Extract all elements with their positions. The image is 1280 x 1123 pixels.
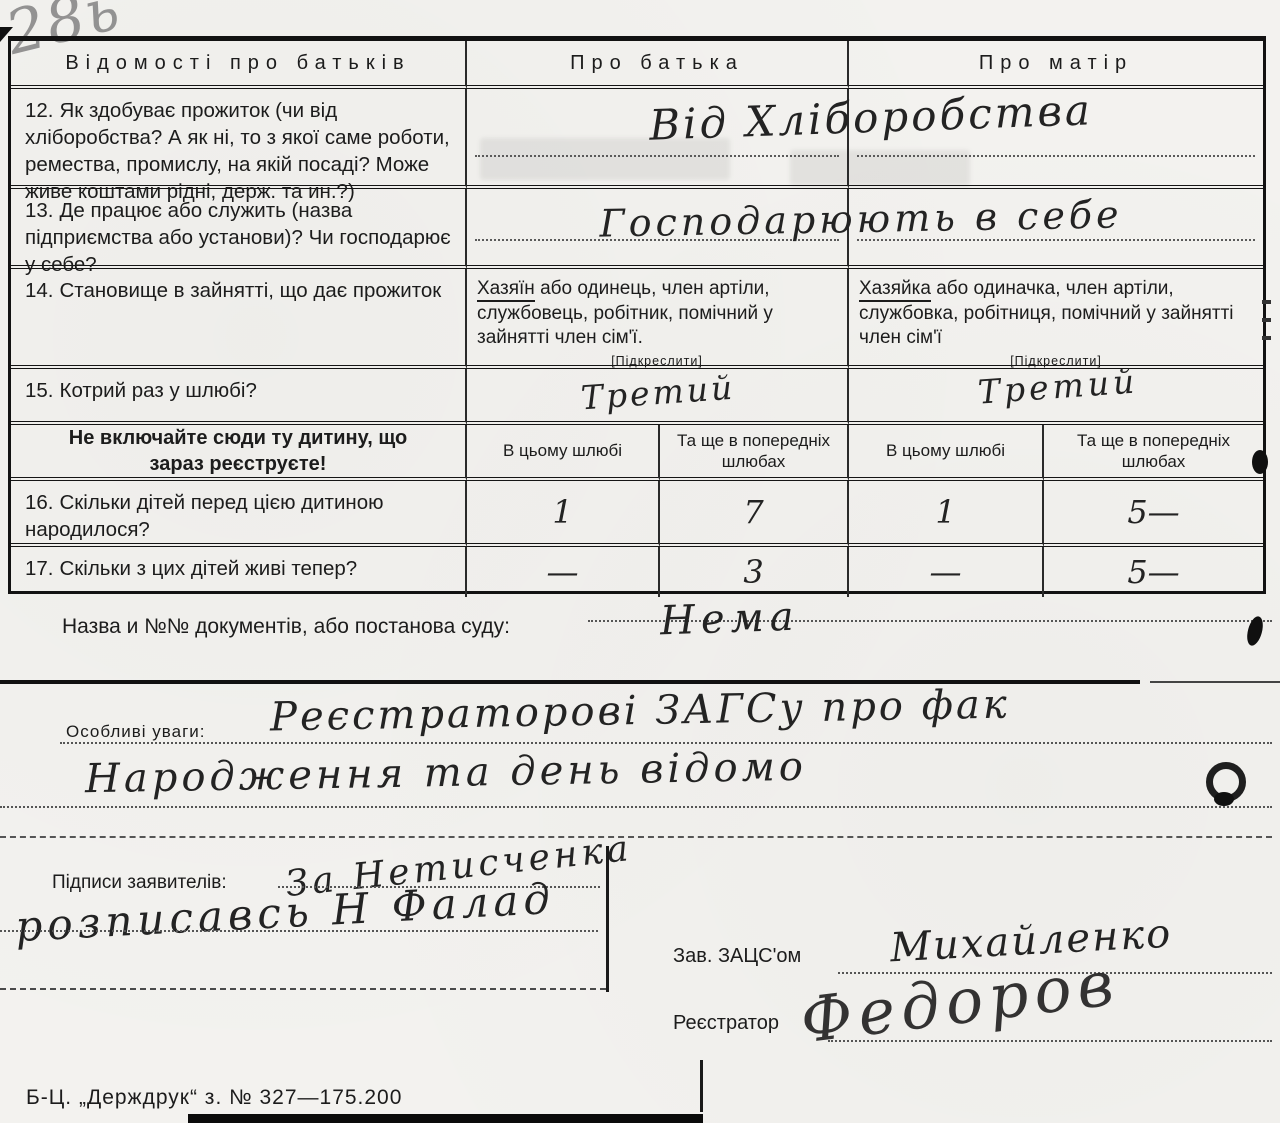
q14-mother-options: Хазяйка або одиначка, член артіли, служб…: [849, 269, 1263, 369]
documents-label: Назва и №№ документів, або постанова суд…: [62, 615, 510, 639]
q16-value-mother-prev: 5—: [1044, 481, 1263, 547]
question-17-text: Скільки з цих дітей живі тепер?: [60, 557, 358, 580]
header-mother: Про матір: [849, 41, 1263, 89]
ink-speck: [1214, 792, 1234, 806]
question-14-text: Становище в зайнятті, що дає прожиток: [60, 279, 442, 302]
question-13: 13.Де працює або служить (назва підприєм…: [11, 189, 467, 269]
section-divider-heavy-right: [1150, 681, 1280, 683]
question-17-number: 17.: [25, 555, 54, 582]
question-14: 14.Становище в зайнятті, що дає прожиток: [11, 269, 467, 369]
applicants-dotted-line2: [0, 930, 598, 932]
answer-dotted-line: [857, 239, 1255, 241]
question-12-text: Як здобуває прожиток (чи від хліборобств…: [25, 99, 450, 203]
applicants-bottom-dashed-line: [0, 988, 606, 990]
q12-father-cell: [467, 89, 849, 189]
zags-head-label: Зав. ЗАЦС'ом: [673, 945, 801, 968]
q14-father-note: [Підкреслити]: [477, 353, 837, 369]
edge-tick: [1262, 336, 1271, 340]
q17-value-mother-this: —: [849, 547, 1044, 597]
remarks-dotted-line1: [60, 742, 1272, 744]
q15-mother-cell: [849, 369, 1263, 425]
question-16-number: 16.: [25, 489, 54, 516]
edge-tick: [1262, 300, 1271, 304]
subheader-note: Не включайте сюди ту дитину, що зараз ре…: [11, 425, 467, 481]
answer-dotted-line: [475, 239, 839, 241]
question-12-number: 12.: [25, 97, 54, 124]
section-dashed-line: [0, 836, 1272, 838]
q16-value-mother-this: 1: [849, 481, 1044, 547]
scanned-birth-registration-form: 28ь Відомості про батьків Про батька Про…: [0, 0, 1280, 1123]
documents-answer-handwriting: Нема: [659, 594, 800, 645]
question-15-number: 15.: [25, 377, 54, 404]
answer-dotted-line: [857, 155, 1255, 157]
q16-value-father-prev: 7: [660, 481, 849, 547]
q15-father-cell: [467, 369, 849, 425]
remarks-label: Особливі уваги:: [66, 722, 206, 742]
question-14-number: 14.: [25, 277, 54, 304]
question-12: 12.Як здобуває прожиток (чи від хлібороб…: [11, 89, 467, 189]
q17-value-father-this: —: [467, 547, 660, 597]
question-16: 16.Скільки дітей перед цією дитиною наро…: [11, 481, 467, 547]
q16-value-father-this: 1: [467, 481, 660, 547]
question-13-number: 13.: [25, 197, 54, 224]
subheader-mother-this-marriage: В цьому шлюбі: [849, 425, 1044, 481]
header-father: Про батька: [467, 41, 849, 89]
registrar-label: Реєстратор: [673, 1012, 779, 1035]
remarks-handwriting-line1: Реєстраторові ЗАГСу про фак: [270, 682, 1010, 741]
q17-value-father-prev: 3: [660, 547, 849, 597]
question-17: 17.Скільки з цих дітей живі тепер?: [11, 547, 467, 597]
q13-father-cell: [467, 189, 849, 269]
scan-black-bar: [188, 1114, 703, 1123]
bottom-vertical-tick: [700, 1060, 703, 1112]
header-parents: Відомості про батьків: [11, 41, 467, 89]
remarks-handwriting-line2: Народження та день відомо: [85, 744, 808, 803]
q14-father-options: Хазяїн або одинець, член артіли, службов…: [467, 269, 849, 369]
ink-speck: [1252, 450, 1268, 474]
question-15-text: Котрий раз у шлюбі?: [60, 379, 257, 402]
remarks-dotted-line2: [0, 806, 1272, 808]
applicants-label: Підписи заявителів:: [52, 872, 227, 894]
question-16-text: Скільки дітей перед цією дитиною народил…: [25, 491, 384, 541]
q14-mother-underlined: Хазяйка: [859, 278, 931, 302]
parents-info-table: Відомості про батьків Про батька Про мат…: [8, 36, 1266, 594]
subheader-father-previous-marriages: Та ще в попередніх шлюбах: [660, 425, 849, 481]
question-15: 15.Котрий раз у шлюбі?: [11, 369, 467, 425]
signature-box-vertical-line: [606, 846, 609, 992]
q13-mother-cell: [849, 189, 1263, 269]
q17-value-mother-prev: 5—: [1044, 547, 1263, 597]
question-13-text: Де працює або служить (назва підприємств…: [25, 199, 451, 276]
q12-mother-cell: [849, 89, 1263, 189]
subheader-father-this-marriage: В цьому шлюбі: [467, 425, 660, 481]
q14-mother-note: [Підкреслити]: [859, 353, 1253, 369]
edge-tick: [1262, 318, 1271, 322]
print-shop-imprint: Б-Ц. „Держдрук“ з. № 327—175.200: [26, 1086, 402, 1110]
subheader-mother-previous-marriages: Та ще в попередніх шлюбах: [1044, 425, 1263, 481]
q14-father-underlined: Хазяїн: [477, 278, 535, 302]
answer-dotted-line: [475, 155, 839, 157]
